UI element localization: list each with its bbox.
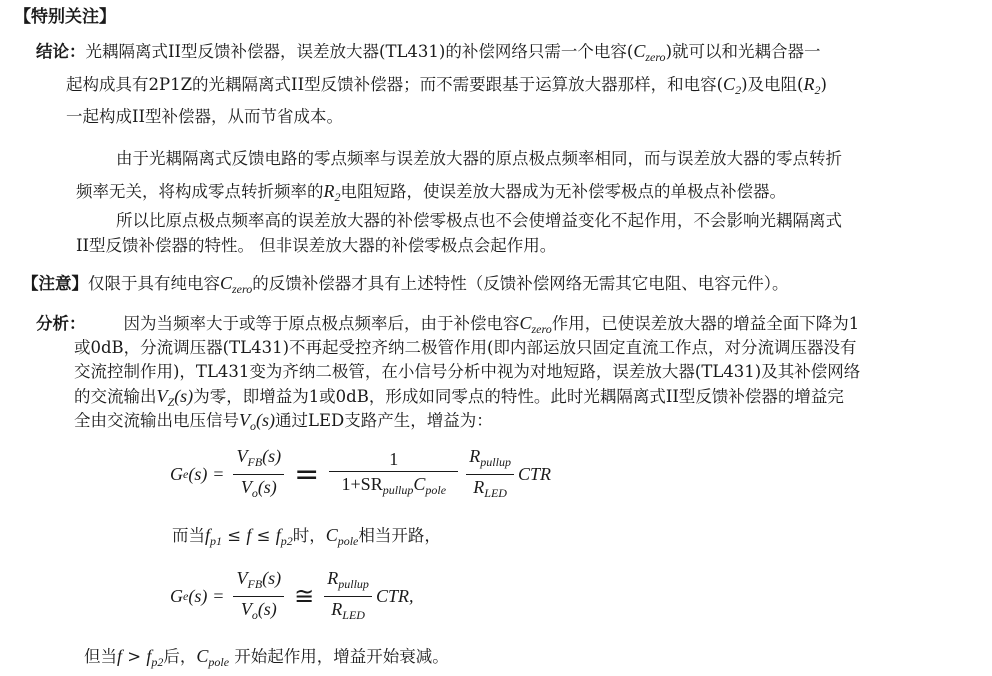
note-label: 【注意】 <box>22 274 88 293</box>
analysis-line-2: 或0dB，分流调压器(TL431)不再起受控齐纳二极管作用(即内部运放只固定直流… <box>74 337 856 359</box>
conclusion-label: 结论： <box>36 42 86 61</box>
section-heading: 【特别关注】 <box>14 6 116 28</box>
note-line: 【注意】仅限于具有纯电容Czero的反馈补偿器才具有上述特性（反馈补偿网络无需其… <box>22 272 789 300</box>
condition-line: 而当fp1 ≤ f ≤ fp2时，Cpole相当开路， <box>172 524 441 552</box>
analysis-line-5: 全由交流输出电压信号Vo(s)通过LED支路产生，增益为： <box>74 409 493 437</box>
conclusion-line-3: 一起构成II型补偿器，从而节省成本。 <box>66 106 343 128</box>
analysis-line-1: 分析：因为当频率大于或等于原点极点频率后，由于补偿电容Czero作用，已使误差放… <box>36 312 859 340</box>
analysis-label: 分析： <box>36 314 86 333</box>
paragraph-2-line-1: 由于光耦隔离式反馈电路的零点频率与误差放大器的原点极点频率相同，而与误差放大器的… <box>116 148 842 170</box>
paragraph-3-line-1: 所以比原点极点频率高的误差放大器的补偿零极点也不会使增益变化不起作用，不会影响光… <box>116 210 842 232</box>
analysis-line-3: 交流控制作用)，TL431变为齐纳二极管，在小信号分析中视为对地短路，误差放大器… <box>74 361 860 383</box>
conclusion-line-1: 结论：光耦隔离式II型反馈补偿器，误差放大器(TL431)的补偿网络只需一个电容… <box>36 40 821 68</box>
gain-equation-1: Ge(s)= VFB(s)Vo(s) = 11+SRpullupCpole Rp… <box>170 446 551 502</box>
conclusion-line-2: 起构成具有2P1Z的光耦隔离式II型反馈补偿器；而不需要跟基于运算放大器那样，和… <box>66 73 827 101</box>
paragraph-3-line-2: II型反馈补偿器的特性。 但非误差放大器的补偿零极点会起作用。 <box>76 235 556 257</box>
paragraph-2-line-2: 频率无关，将构成零点转折频率的R2电阻短路，使误差放大器成为无补偿零极点的单极点… <box>76 180 786 208</box>
final-line: 但当f > fp2后，Cpole 开始起作用，增益开始衰减。 <box>84 645 449 673</box>
gain-equation-2: Ge(s)= VFB(s)Vo(s) ≅ RpullupRLED CTR, <box>170 568 413 624</box>
